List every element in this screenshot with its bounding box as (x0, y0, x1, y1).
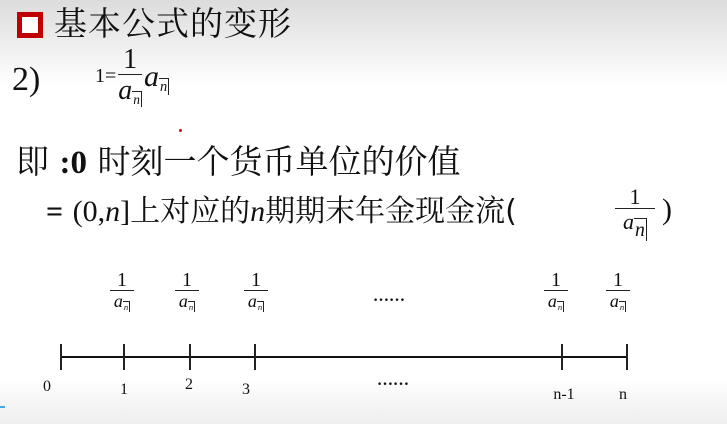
tick-label-0: 0 (43, 378, 51, 396)
tick-2 (189, 344, 191, 370)
fraction-numerator: 1 (551, 270, 561, 290)
annuity-symbol: a (118, 75, 132, 106)
annuity-symbol: a (114, 291, 123, 311)
cashflow-n-1: 1an (544, 270, 568, 312)
statement-line-1: 即 :0 时刻一个货币单位的价值 (16, 140, 461, 185)
formula-lhs: 1= (95, 65, 116, 88)
tick-n (626, 344, 628, 370)
tick-label-n-1: n-1 (553, 386, 574, 404)
laser-pointer-dot (179, 129, 182, 132)
annuity-subscript: n (159, 78, 169, 95)
cashflow-1: 1an (110, 270, 134, 312)
text: 上对应的 (130, 194, 250, 229)
var-n: n (105, 195, 120, 228)
item-number: 2) (12, 60, 40, 100)
tick-3 (254, 344, 256, 370)
interval-open: (0, (73, 195, 106, 228)
annuity-symbol: a (610, 291, 619, 311)
ellipsis-bottom: …… (377, 372, 409, 390)
formula: 1= 1 an an (95, 46, 169, 107)
slide-title: 基本公式的变形 (54, 4, 292, 44)
cashflow-n: 1an (606, 270, 630, 312)
annuity-subscript: n (257, 301, 264, 312)
annuity-subscript: n (188, 301, 195, 312)
timeline-axis (60, 356, 627, 358)
interval-close: ] (120, 195, 130, 228)
text-bold: :0 (60, 145, 88, 181)
annuity-symbol: a (179, 291, 188, 311)
cashflow-3: 1an (244, 270, 268, 312)
equals-sign: = (46, 195, 63, 228)
annuity-symbol: a (623, 209, 634, 234)
tick-label-1: 1 (120, 381, 128, 399)
tick-label-3: 3 (242, 381, 250, 399)
formula-fraction: 1 an (118, 46, 142, 107)
fraction-numerator: 1 (251, 270, 261, 290)
fraction-numerator: 1 (123, 46, 137, 74)
fraction-numerator: 1 (630, 186, 641, 208)
tick-0 (60, 344, 62, 370)
text: 即 (16, 142, 60, 181)
fraction-numerator: 1 (117, 270, 127, 290)
cashflow-2: 1an (175, 270, 199, 312)
tick-n-1 (561, 344, 563, 370)
fraction-numerator: 1 (613, 270, 623, 290)
annuity-subscript: n (634, 218, 647, 241)
annuity-symbol: a (548, 291, 557, 311)
tick-1 (123, 344, 125, 370)
annuity-subscript: n (123, 301, 130, 312)
edge-accent (0, 406, 5, 408)
annuity-subscript: n (619, 301, 626, 312)
annuity-symbol: a (144, 60, 159, 93)
fraction-numerator: 1 (182, 270, 192, 290)
text: 时刻一个货币单位的价值 (87, 142, 461, 181)
statement-line-2: = (0,n]上对应的n期期末年金现金流( (46, 190, 517, 234)
annuity-subscript: n (557, 301, 564, 312)
annuity-symbol: a (248, 291, 257, 311)
tick-label-2: 2 (185, 376, 193, 394)
tick-label-n: n (619, 386, 627, 404)
paren-close: ) (662, 193, 672, 227)
cashflow-fraction: 1 an (615, 186, 655, 235)
var-n: n (250, 195, 265, 228)
ellipsis-top: …… (373, 288, 405, 306)
text: 期期末年金现金流( (265, 194, 517, 229)
annuity-subscript: n (132, 91, 142, 107)
bullet-square-icon (17, 12, 43, 38)
